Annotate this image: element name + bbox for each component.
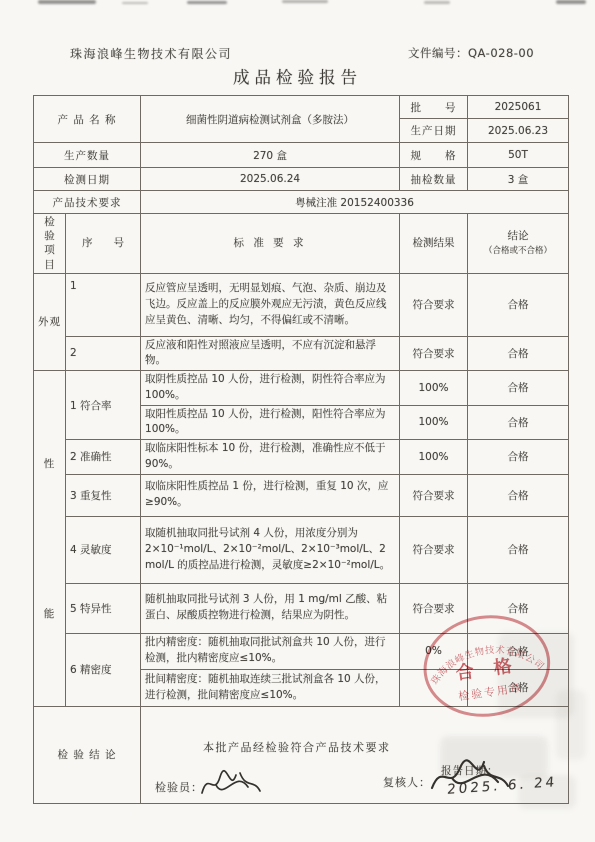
row-seq: 2 准确性 (66, 440, 141, 475)
conclusion-value: 合格 (468, 474, 569, 516)
requirement-text: 取阴性质控品 10 人份，进行检测，阴性符合率应为 100%。 (141, 371, 400, 406)
result-value: 100% (400, 405, 468, 440)
requirement-text: 取临床阳性质控品 1 份，进行检测，重复 10 次，应≥90%。 (141, 474, 400, 516)
scan-artifact (556, 0, 586, 4)
inspector-signature (196, 763, 268, 805)
final-conclusion-label: 检 验 结 论 (34, 706, 141, 803)
requirement-text: 反应液和阳性对照液应呈透明，不应有沉淀和悬浮物。 (141, 336, 400, 371)
col-header-seq: 序 号 (66, 214, 141, 274)
reviewer-signature (424, 752, 516, 804)
company-name: 珠海浪峰生物技术有限公司 (70, 45, 232, 62)
result-value: 100% (400, 371, 468, 406)
row-seq: 3 重复性 (66, 474, 141, 516)
tech-requirement-label: 产品技术要求 (34, 191, 141, 214)
col-header-conclusion: 结论（合格或不合格） (468, 214, 569, 274)
mfg-date-value: 2025.06.23 (468, 119, 569, 143)
row-seq: 1 符合率 (66, 371, 141, 440)
sample-qty-label: 抽检数量 (400, 168, 468, 191)
result-value: 符合要求 (400, 516, 468, 583)
result-value: 符合要求 (400, 336, 468, 371)
requirement-text: 随机抽取同批号试剂 3 人份，用 1 mg/ml 乙酸、粘蛋白、尿酸质控物进行检… (141, 583, 400, 633)
table-row: 生产数量 270 盒 规 格 50T (34, 143, 569, 168)
document-number-value: QA-028-00 (468, 46, 534, 60)
batch-value: 2025061 (468, 96, 569, 119)
page-title: 成品检验报告 (0, 64, 595, 88)
document-number: 文件编号：QA-028-00 (408, 45, 534, 61)
conclusion-value: 合格 (468, 371, 569, 406)
conclusion-value: 合格 (468, 273, 569, 336)
row-seq: 1 (66, 273, 141, 336)
conclusion-value: 合格 (468, 583, 569, 633)
conclusion-value: 合格 (468, 516, 569, 583)
conclusion-value: 合格 (468, 633, 569, 669)
requirement-text: 取随机抽取同批号试剂 4 人份，用浓度分别为 2×10⁻¹mol/L、2×10⁻… (141, 516, 400, 583)
conclusion-value: 合格 (468, 405, 569, 440)
table-row: 2 准确性 取临床阳性标本 10 份，进行检测，准确性应不低于 90%。 100… (34, 440, 569, 475)
table-row: 产 品 名 称 细菌性阴道病检测试剂盒（多胺法） 批 号 2025061 (34, 96, 569, 119)
production-qty-value: 270 盒 (141, 143, 400, 168)
requirement-text: 反应管应呈透明，无明显划痕、气泡、杂质、崩边及飞边。反应盖上的反应膜外观应无污渍… (141, 273, 400, 336)
document-number-label: 文件编号： (408, 46, 468, 60)
row-seq: 2 (66, 336, 141, 371)
batch-label: 批 号 (400, 96, 468, 119)
result-value (400, 669, 468, 706)
section-appearance: 外观 (34, 273, 66, 371)
product-name-value: 细菌性阴道病检测试剂盒（多胺法） (141, 96, 400, 143)
result-value: 符合要求 (400, 474, 468, 516)
scan-artifact (38, 0, 96, 4)
table-row: 6 精密度 批内精密度：随机抽取同批试剂盒共 10 人份，进行检测，批内精密度应… (34, 633, 569, 669)
table-row: 性能 1 符合率 取阴性质控品 10 人份，进行检测，阴性符合率应为 100%。… (34, 371, 569, 406)
conclusion-value: 合格 (468, 336, 569, 371)
table-row: 4 灵敏度 取随机抽取同批号试剂 4 人份，用浓度分别为 2×10⁻¹mol/L… (34, 516, 569, 583)
inspection-report-table: 产 品 名 称 细菌性阴道病检测试剂盒（多胺法） 批 号 2025061 生产日… (33, 95, 569, 804)
row-seq: 4 灵敏度 (66, 516, 141, 583)
table-row: 检测日期 2025.06.24 抽检数量 3 盒 (34, 168, 569, 191)
result-value: 符合要求 (400, 273, 468, 336)
table-row: 3 重复性 取临床阳性质控品 1 份，进行检测，重复 10 次，应≥90%。 符… (34, 474, 569, 516)
row-seq: 6 精密度 (66, 633, 141, 706)
col-header-standard: 标 准 要 求 (141, 214, 400, 274)
result-value: 0% (400, 633, 468, 669)
row-seq: 5 特异性 (66, 583, 141, 633)
requirement-text: 取临床阳性标本 10 份，进行检测，准确性应不低于 90%。 (141, 440, 400, 475)
table-row: 产品技术要求 粤械注准 20152400336 (34, 191, 569, 214)
requirement-text: 批间精密度：随机抽取连续三批试剂盒各 10 人份，进行检测，批间精密度应≤10%… (141, 669, 400, 706)
mfg-date-label: 生产日期 (400, 119, 468, 143)
requirement-text: 批内精密度：随机抽取同批试剂盒共 10 人份，进行检测，批内精密度应≤10%。 (141, 633, 400, 669)
spec-label: 规 格 (400, 143, 468, 168)
product-name-label: 产 品 名 称 (34, 96, 141, 143)
result-value: 符合要求 (400, 583, 468, 633)
scan-artifact (187, 1, 227, 4)
table-row: 2 反应液和阳性对照液应呈透明，不应有沉淀和悬浮物。 符合要求 合格 (34, 336, 569, 371)
result-value: 100% (400, 440, 468, 475)
production-qty-label: 生产数量 (34, 143, 141, 168)
section-performance: 性能 (34, 371, 66, 707)
requirement-text: 取阳性质控品 10 人份，进行检测，阳性符合率应为 100%。 (141, 405, 400, 440)
test-date-value: 2025.06.24 (141, 168, 400, 191)
scan-artifact (282, 0, 328, 3)
test-date-label: 检测日期 (34, 168, 141, 191)
spec-value: 50T (468, 143, 569, 168)
table-row: 外观 1 反应管应呈透明，无明显划痕、气泡、杂质、崩边及飞边。反应盖上的反应膜外… (34, 273, 569, 336)
table-row: 5 特异性 随机抽取同批号试剂 3 人份，用 1 mg/ml 乙酸、粘蛋白、尿酸… (34, 583, 569, 633)
scanned-report-page: 珠海浪峰生物技术有限公司 文件编号：QA-028-00 成品检验报告 产 品 名… (0, 0, 595, 842)
scan-artifact (424, 1, 450, 4)
sample-qty-value: 3 盒 (468, 168, 569, 191)
col-header-result: 检测结果 (400, 214, 468, 274)
final-conclusion-text: 本批产品经检验符合产品技术要求 (203, 739, 391, 755)
table-header-row: 检 验项 目 序 号 标 准 要 求 检测结果 结论（合格或不合格） (34, 214, 569, 274)
conclusion-value: 合格 (468, 440, 569, 475)
tech-requirement-value: 粤械注准 20152400336 (141, 191, 569, 214)
scan-artifact (122, 2, 148, 4)
conclusion-value: 合格 (468, 669, 569, 706)
col-header-item: 检 验项 目 (34, 214, 66, 274)
